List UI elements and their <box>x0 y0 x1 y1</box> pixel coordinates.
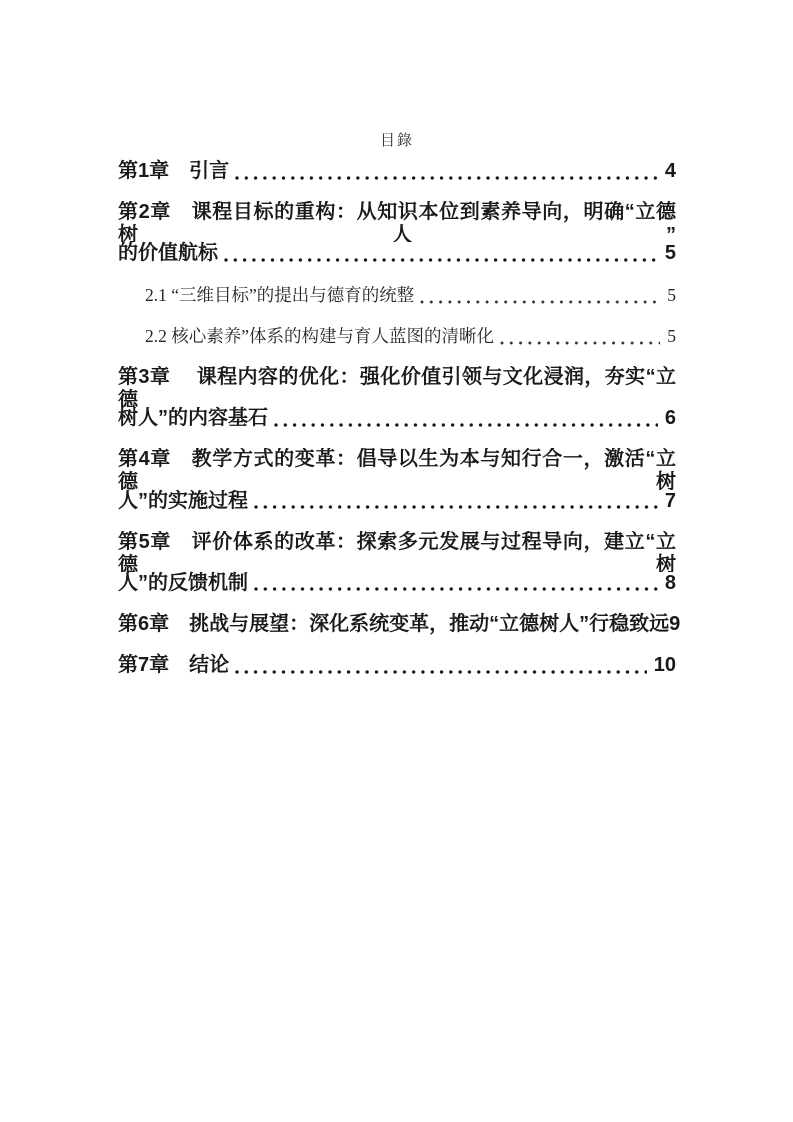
toc-page-number: 4 <box>658 160 676 201</box>
dot-leader <box>232 654 647 695</box>
dot-leader <box>271 407 658 448</box>
document-page: 目錄 第1章 引言 4 第2章 课程目标的重构：从知识本位到素养导向，明确“立德… <box>0 0 793 1122</box>
toc-entry-wrapped-line[interactable]: 第5章 评价体系的改革：探索多元发展与过程导向，建立“立德树 <box>118 531 676 572</box>
toc-entry-label: 树人”的内容基石 <box>118 407 268 448</box>
toc-page-number: 6 <box>658 407 676 448</box>
toc-page-number: 7 <box>658 490 676 531</box>
dot-leader <box>221 242 658 283</box>
dot-leader <box>497 325 660 366</box>
toc-entry-label: 第1章 引言 <box>118 160 229 201</box>
toc-entry[interactable]: 2.1 “三维目标”的提出与德育的统整 5 <box>118 284 676 325</box>
toc-entry[interactable]: 2.2 核心素养”体系的构建与育人蓝图的清晰化 5 <box>118 325 676 366</box>
toc-page-number: 10 <box>647 654 676 695</box>
toc-page-number: 8 <box>658 572 676 613</box>
toc-page-number: 9 <box>669 613 680 654</box>
toc-entry-label: 第6章 挑战与展望：深化系统变革，推动“立德树人”行稳致远 <box>118 613 669 654</box>
toc-entry-label: 2.1 “三维目标”的提出与德育的统整 <box>145 284 414 325</box>
toc-list: 第1章 引言 4 第2章 课程目标的重构：从知识本位到素养导向，明确“立德树人”… <box>118 160 676 695</box>
dot-leader <box>251 572 658 613</box>
toc-entry-wrapped-line[interactable]: 第4章 教学方式的变革：倡导以生为本与知行合一，激活“立德树 <box>118 448 676 489</box>
dot-leader <box>251 490 658 531</box>
dot-leader <box>417 284 660 325</box>
toc-entry-wrapped-line[interactable]: 第2章 课程目标的重构：从知识本位到素养导向，明确“立德树人” <box>118 201 676 242</box>
toc-entry[interactable]: 的价值航标 5 <box>118 242 676 283</box>
toc-page-number: 5 <box>658 242 676 283</box>
toc-entry[interactable]: 树人”的内容基石 6 <box>118 407 676 448</box>
toc-entry-label: 2.2 核心素养”体系的构建与育人蓝图的清晰化 <box>145 325 494 366</box>
toc-entry-label: 人”的实施过程 <box>118 490 248 531</box>
toc-title: 目錄 <box>118 128 676 160</box>
toc-entry[interactable]: 第7章 结论 10 <box>118 654 676 695</box>
toc-page-number: 5 <box>660 284 676 325</box>
toc-entry[interactable]: 人”的反馈机制 8 <box>118 572 676 613</box>
dot-leader <box>232 160 658 201</box>
toc-entry-label: 的价值航标 <box>118 242 218 283</box>
toc-entry-wrapped-line[interactable]: 第3章 课程内容的优化：强化价值引领与文化浸润，夯实“立德 <box>118 366 676 407</box>
toc-entry-label: 第7章 结论 <box>118 654 229 695</box>
toc-entry[interactable]: 人”的实施过程 7 <box>118 490 676 531</box>
toc-entry[interactable]: 第6章 挑战与展望：深化系统变革，推动“立德树人”行稳致远 9 <box>118 613 676 654</box>
toc-entry-label: 人”的反馈机制 <box>118 572 248 613</box>
toc-page-number: 5 <box>660 325 676 366</box>
toc-entry[interactable]: 第1章 引言 4 <box>118 160 676 201</box>
